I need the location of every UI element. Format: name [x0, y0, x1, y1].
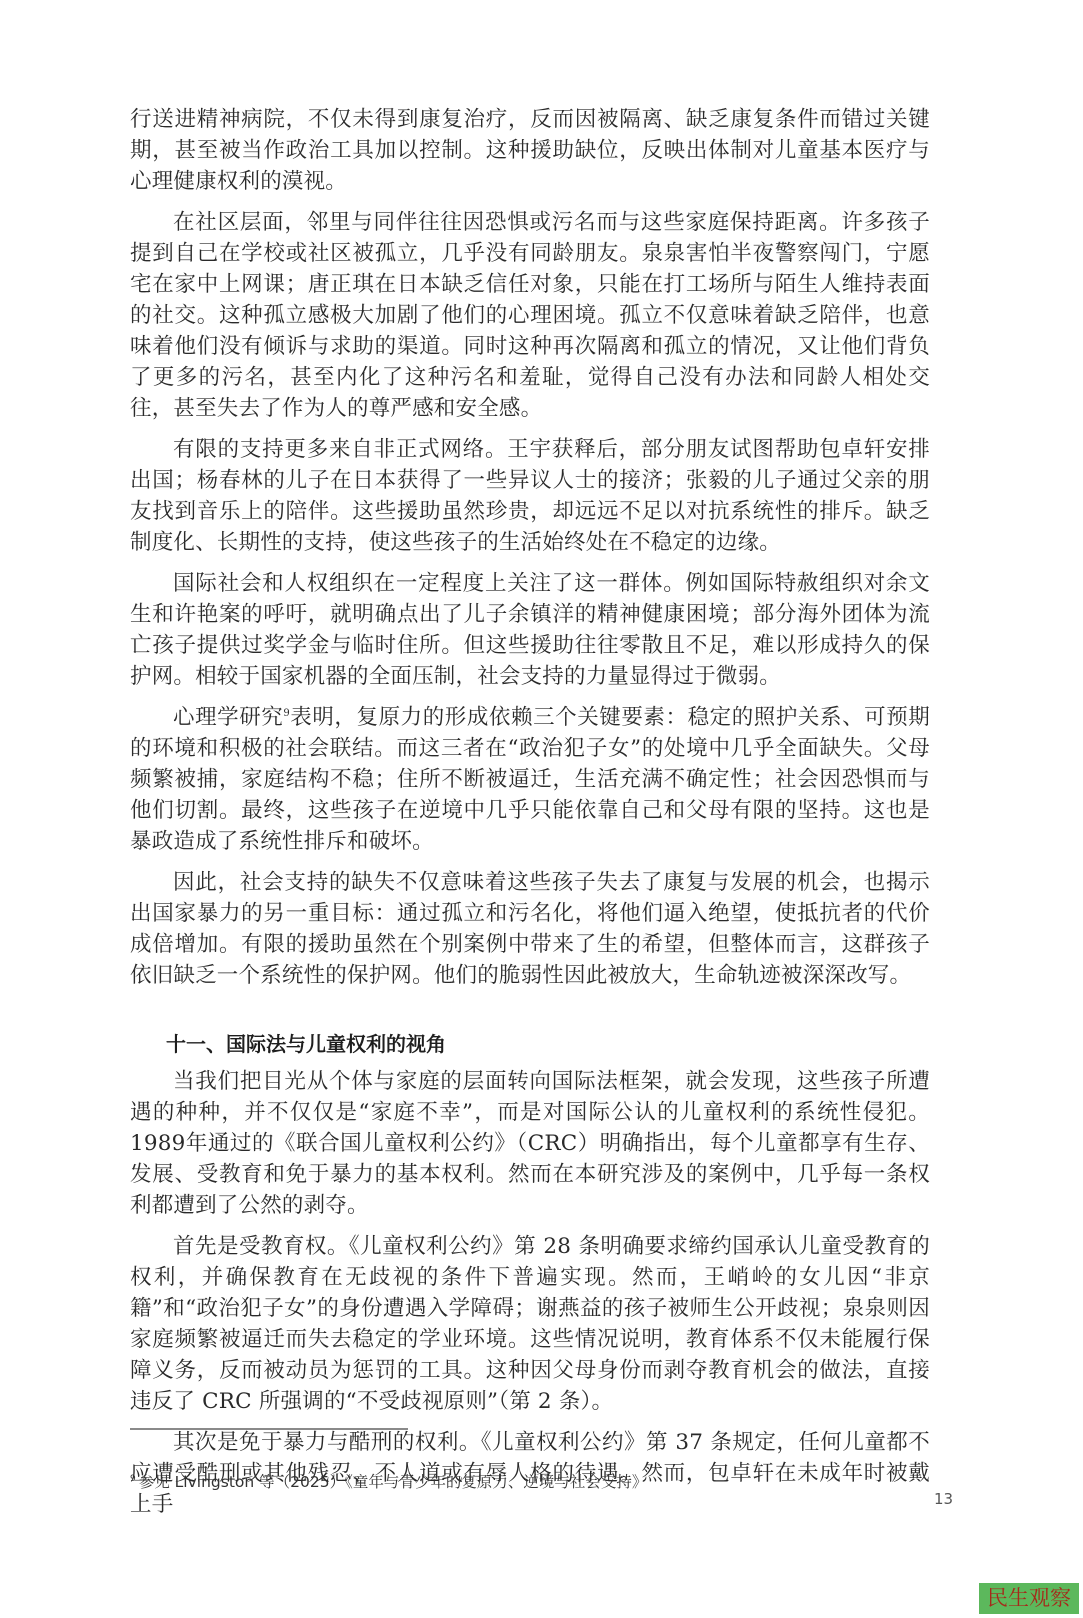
paragraph-medical-aid: 行送进精神病院，不仅未得到康复治疗，反而因被隔离、缺乏康复条件而错过关键期，甚至…	[130, 104, 930, 197]
footnote-number: 9	[130, 1474, 136, 1484]
resilience-text-start: 心理学研究	[173, 705, 283, 730]
footnote: 9参见 Livingston 等（2025）《童年与青少年的复原力、逆境与社会支…	[130, 1470, 647, 1492]
paragraph-community-isolation: 在社区层面，邻里与同伴往往因恐惧或污名而与这些家庭保持距离。许多孩子提到自己在学…	[130, 207, 930, 424]
footnote-divider	[130, 1428, 408, 1430]
paragraph-international-law: 当我们把目光从个体与家庭的层面转向国际法框架，就会发现，这些孩子所遭遇的种种，并…	[130, 1066, 930, 1221]
footnote-text: 参见 Livingston 等（2025）《童年与青少年的复原力、逆境与社会支持…	[139, 1473, 648, 1491]
section-heading: 十一、国际法与儿童权利的视角	[130, 1029, 930, 1060]
watermark-badge: 民生观察	[979, 1583, 1079, 1614]
document-page: 行送进精神病院，不仅未得到康复治疗，反而因被隔离、缺乏康复条件而错过关键期，甚至…	[130, 104, 930, 1530]
paragraph-education-right: 首先是受教育权。《儿童权利公约》第 28 条明确要求缔约国承认儿童受教育的权利，…	[130, 1231, 930, 1417]
page-number: 13	[934, 1490, 953, 1508]
paragraph-international-attention: 国际社会和人权组织在一定程度上关注了这一群体。例如国际特赦组织对余文生和许艳案的…	[130, 568, 930, 692]
paragraph-informal-support: 有限的支持更多来自非正式网络。王宇获释后，部分朋友试图帮助包卓轩安排出国；杨春林…	[130, 434, 930, 558]
paragraph-conclusion: 因此，社会支持的缺失不仅意味着这些孩子失去了康复与发展的机会，也揭示出国家暴力的…	[130, 867, 930, 991]
paragraph-resilience-research: 心理学研究9表明，复原力的形成依赖三个关键要素：稳定的照护关系、可预期的环境和积…	[130, 702, 930, 857]
